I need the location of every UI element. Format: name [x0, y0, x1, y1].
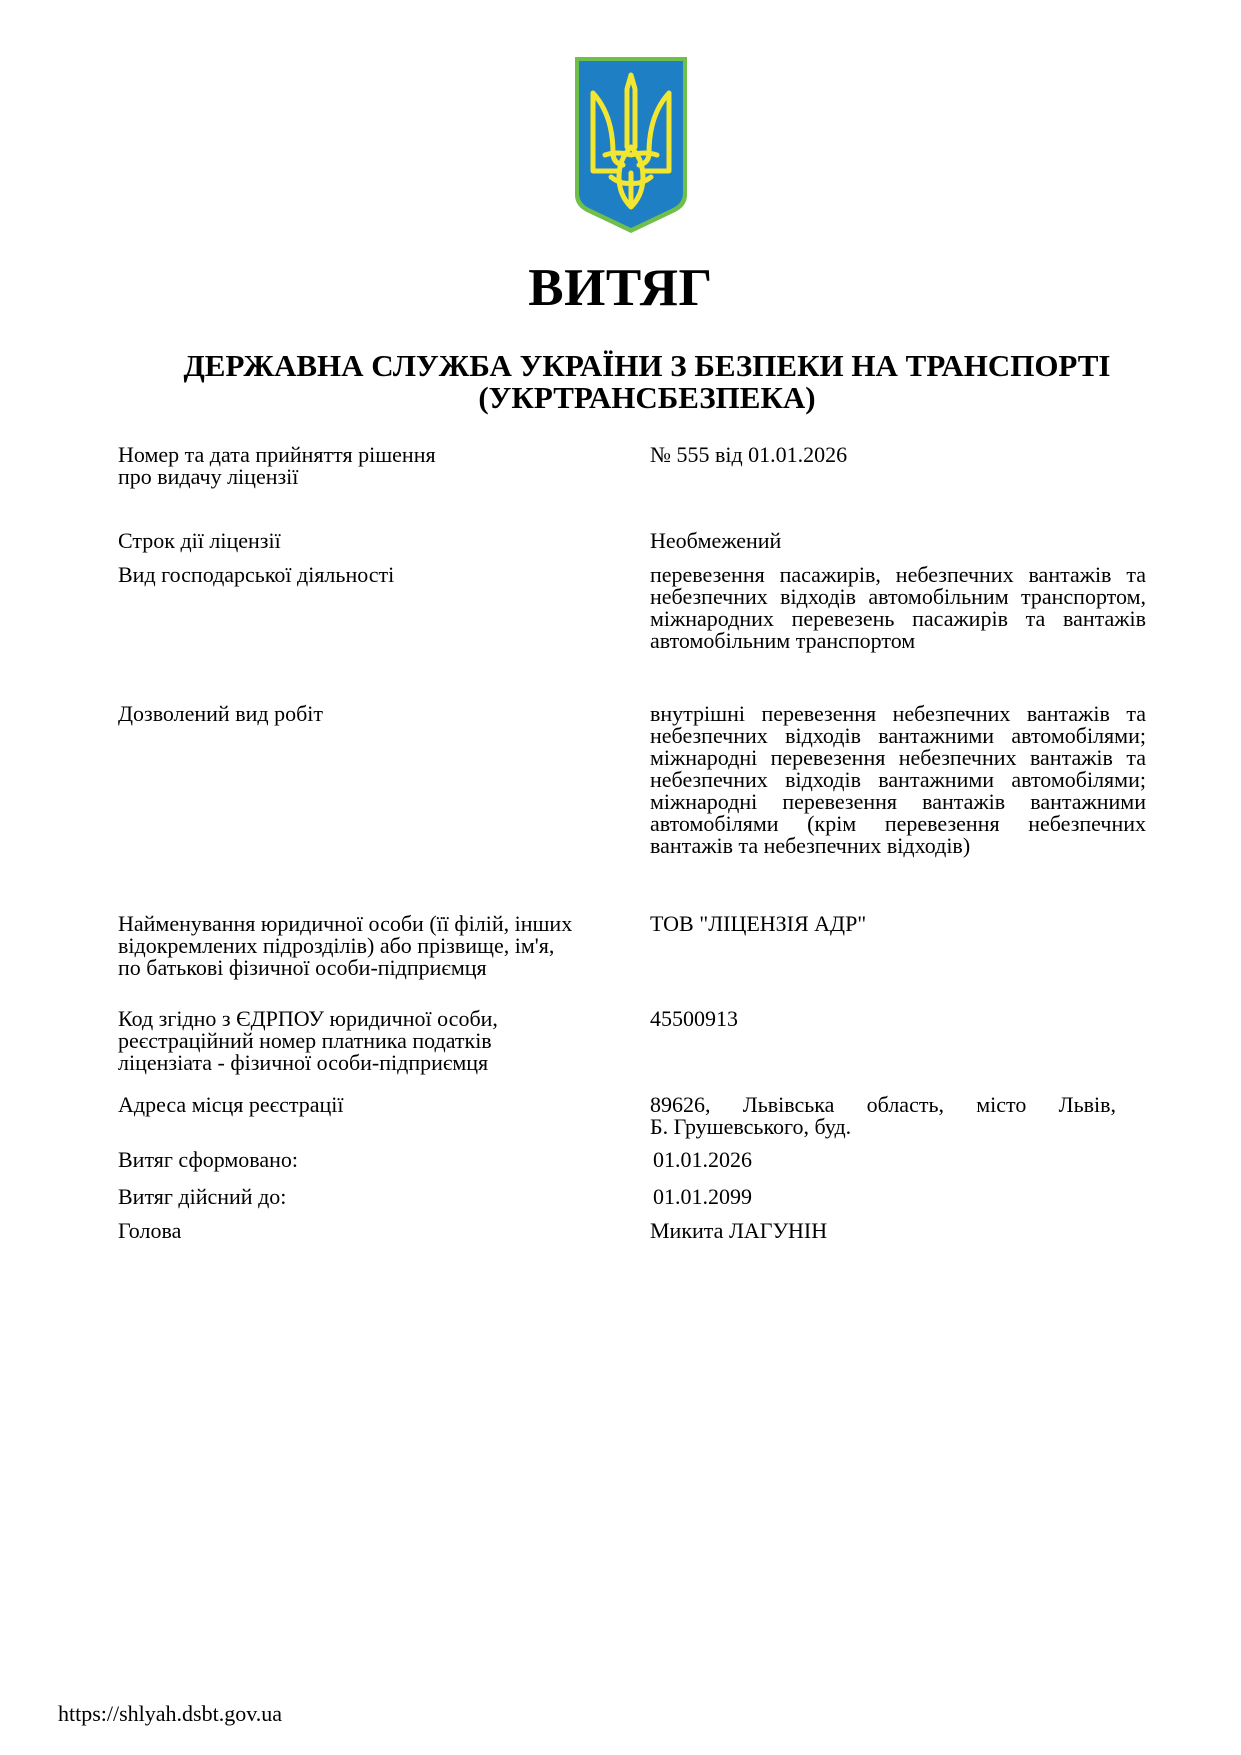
field-value-extract-formed: 01.01.2026 — [653, 1149, 1149, 1171]
field-value-registration-address: 89626, Львівська область, місто Львів, Б… — [650, 1094, 1116, 1138]
field-label-extract-valid-until: Витяг дійсний до: — [118, 1186, 638, 1208]
document-title: ВИТЯГ — [0, 258, 1241, 318]
field-value-extract-valid-until: 01.01.2099 — [653, 1186, 1149, 1208]
field-value-license-term: Необмежений — [650, 530, 1146, 552]
field-label-license-term: Строк дії ліцензії — [118, 530, 638, 552]
label-line: відокремлених підрозділів) або прізвище,… — [118, 935, 638, 957]
agency-name-line2: (УКРТРАНСБЕЗПЕКА) — [80, 382, 1214, 414]
agency-name-line1: ДЕРЖАВНА СЛУЖБА УКРАЇНИ З БЕЗПЕКИ НА ТРА… — [80, 350, 1214, 382]
field-label-activity-type: Вид господарської діяльності — [118, 564, 638, 586]
field-label-head: Голова — [118, 1220, 638, 1242]
field-label-edrpou-code: Код згідно з ЄДРПОУ юридичної особи, реє… — [118, 1008, 638, 1074]
label-line: Код згідно з ЄДРПОУ юридичної особи, — [118, 1008, 638, 1030]
field-value-allowed-works: внутрішні перевезення небезпечних вантаж… — [650, 703, 1146, 857]
label-line: по батькові фізичної особи-підприємця — [118, 957, 638, 979]
footer-url: https://shlyah.dsbt.gov.ua — [58, 1703, 282, 1725]
label-line: Номер та дата прийняття рішення — [118, 444, 638, 466]
coat-of-arms-icon — [573, 55, 689, 235]
field-label-extract-formed: Витяг сформовано: — [118, 1149, 638, 1171]
field-label-entity-name: Найменування юридичної особи (її філій, … — [118, 913, 638, 979]
field-value-decision: № 555 від 01.01.2026 — [650, 444, 1146, 466]
address-line1: 89626, Львівська область, місто Львів, — [650, 1094, 1116, 1116]
field-value-activity-type: перевезення пасажирів, небезпечних ванта… — [650, 564, 1146, 652]
field-label-registration-address: Адреса місця реєстрації — [118, 1094, 638, 1116]
field-value-entity-name: ТОВ "ЛІЦЕНЗІЯ АДР" — [650, 913, 1146, 935]
field-value-head: Микита ЛАГУНІН — [650, 1220, 1146, 1242]
label-line: про видачу ліцензії — [118, 466, 638, 488]
address-line2: Б. Грушевського, буд. — [650, 1116, 1116, 1138]
field-value-edrpou-code: 45500913 — [650, 1008, 1146, 1030]
field-label-allowed-works: Дозволений вид робіт — [118, 703, 638, 725]
label-line: реєстраційний номер платника податків — [118, 1030, 638, 1052]
agency-name: ДЕРЖАВНА СЛУЖБА УКРАЇНИ З БЕЗПЕКИ НА ТРА… — [80, 350, 1214, 414]
label-line: ліцензіата - фізичної особи-підприємця — [118, 1052, 638, 1074]
field-label-decision: Номер та дата прийняття рішення про вида… — [118, 444, 638, 488]
label-line: Найменування юридичної особи (її філій, … — [118, 913, 638, 935]
